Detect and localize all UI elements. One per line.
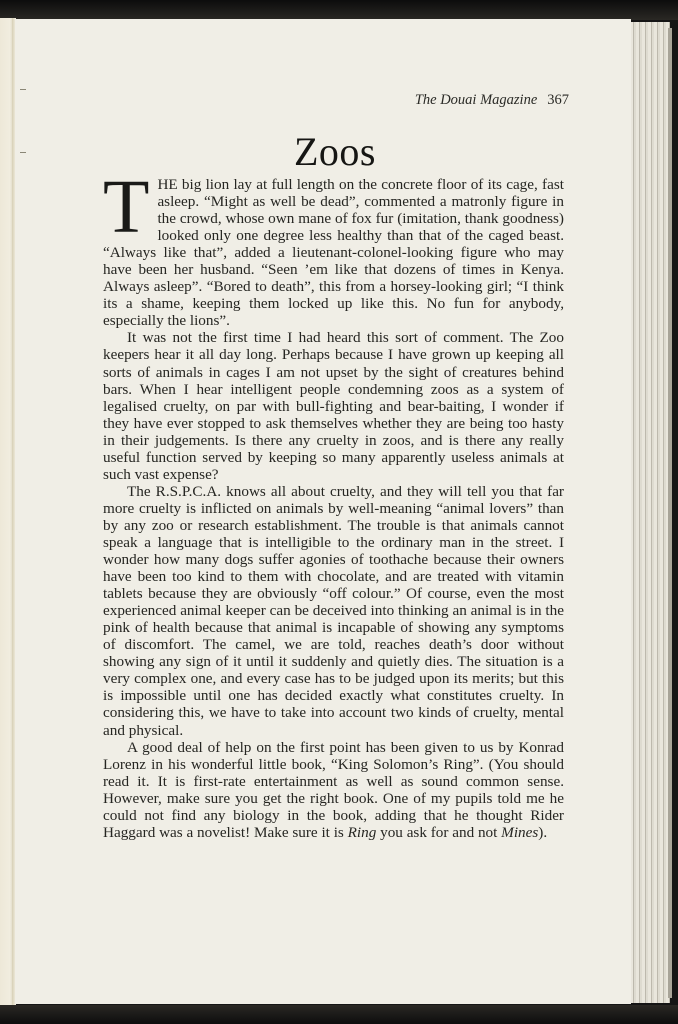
running-head: The Douai Magazine367 xyxy=(300,92,569,109)
book-cover-top-edge xyxy=(0,0,678,20)
article-body: THE big lion lay at full length on the c… xyxy=(103,176,564,841)
paragraph-2: It was not the first time I had heard th… xyxy=(103,329,564,482)
paragraph-4-text-middle: you ask for and not xyxy=(376,824,501,841)
paragraph-4-text-after: ). xyxy=(538,824,547,841)
paragraph-1-text: HE big lion lay at full length on the co… xyxy=(103,176,564,329)
article-title: Zoos xyxy=(100,128,570,175)
page-stack-shadow xyxy=(668,28,672,998)
italic-mines: Mines xyxy=(501,824,538,841)
paragraph-3: The R.S.P.C.A. knows all about cruelty, … xyxy=(103,483,564,739)
page-stack-edge xyxy=(630,22,670,1003)
drop-cap: T xyxy=(103,178,149,240)
page-number: 367 xyxy=(547,92,569,108)
journal-title: The Douai Magazine xyxy=(415,92,537,108)
paragraph-4: A good deal of help on the first point h… xyxy=(103,739,564,841)
paragraph-1: THE big lion lay at full length on the c… xyxy=(103,176,564,329)
italic-ring: Ring xyxy=(348,824,377,841)
book-cover-bottom-edge xyxy=(0,1005,678,1024)
margin-mark xyxy=(20,152,26,153)
margin-mark xyxy=(20,89,26,90)
